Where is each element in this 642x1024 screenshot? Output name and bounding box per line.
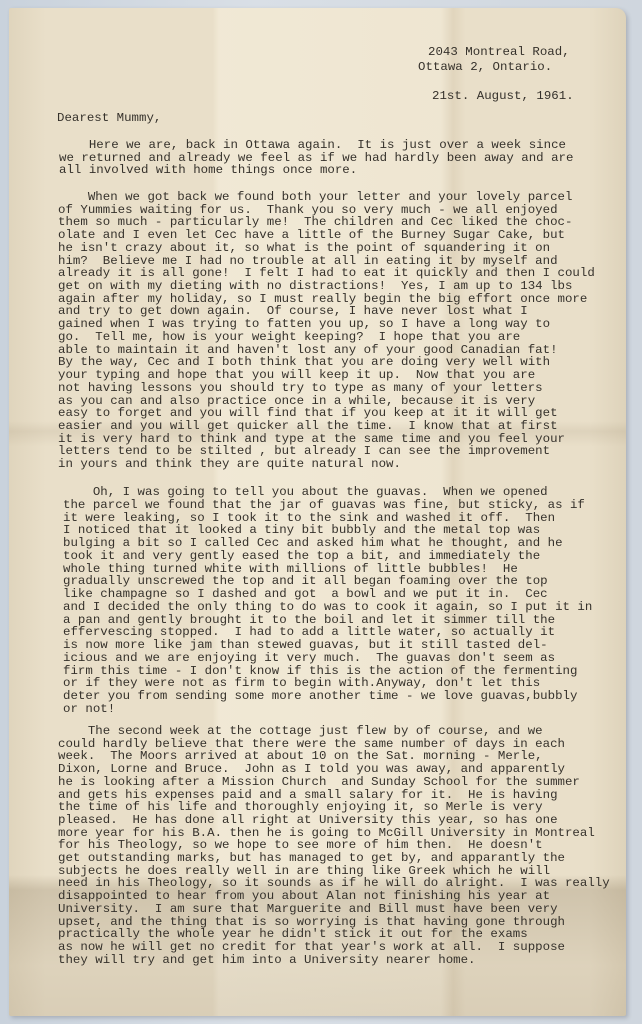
letter-line: firm this time - I don't know if this is… (63, 665, 577, 678)
letter-line: or if they were not as firm to begin wit… (63, 677, 540, 690)
letter-line: easy to forget and you will find that if… (58, 407, 558, 420)
letter-line: disappointed to hear from you about Alan… (58, 890, 550, 903)
letter-line: as now he will get no credit for that ye… (58, 941, 565, 954)
letter-line: practically the whole year he didn't sti… (58, 928, 528, 941)
letter-line: week. The Moors arrived at about 10 on t… (58, 750, 543, 763)
letter-line: When we got back we found both your lett… (58, 191, 572, 204)
letter-line: gained when I was trying to fatten you u… (58, 318, 550, 331)
letter-line: the time of his life and thoroughly enjo… (58, 801, 543, 814)
letter-line: is now more like jam than stewed guavas,… (63, 639, 548, 652)
letter-line: or not! (63, 703, 115, 716)
letter-line: Here we are, back in Ottawa again. It is… (59, 139, 566, 152)
address-line: 2043 Montreal Road, (428, 46, 570, 59)
letter-line: and I decided the only thing to do was t… (63, 601, 592, 614)
address-line: Ottawa 2, Ontario. (418, 61, 552, 74)
letter-line: go. Tell me, how is your weight keeping?… (58, 331, 520, 344)
letter-line: he is looking after a Mission Church and… (58, 776, 580, 789)
salutation: Dearest Mummy, (57, 112, 161, 125)
letter-line: they will try and get him into a Univers… (58, 954, 476, 967)
letter-line: bulging a bit so I called Cec and asked … (63, 537, 563, 550)
letter-line: get outstanding marks, but has managed t… (58, 852, 565, 865)
letter-line: olate and I even let Cec have a little o… (58, 229, 565, 242)
letter-line: as you can and also practice once in a w… (58, 395, 535, 408)
letter-line: again after my holiday, so I must really… (58, 293, 587, 306)
letter-line: easier and you will get quicker all the … (58, 420, 558, 433)
letter-line: Oh, I was going to tell you about the gu… (63, 486, 548, 499)
letter-line: and try to get down again. Of course, I … (58, 305, 528, 318)
letter-line: it is very hard to think and type at the… (58, 433, 565, 446)
letter-line: a pan and gently brought it to the boil … (63, 614, 555, 627)
letter-line: not having lessons you should try to typ… (58, 382, 543, 395)
letter-line: could hardly believe that there were the… (58, 738, 565, 751)
letter-line: the parcel we found that the jar of guav… (63, 499, 585, 512)
letter-line: in yours and think they are quite natura… (58, 458, 401, 471)
letter-line: University. I am sure that Marguerite an… (58, 903, 558, 916)
letter-line: deter you from sending some more another… (63, 690, 577, 703)
letter-line: for his Theology, so we hope to see more… (58, 839, 543, 852)
letter-line: like champagne so I dashed and got a bow… (63, 588, 548, 601)
letter-line: get on with my dieting with no distracti… (58, 280, 572, 293)
letter-line: effervescing stopped. I had to add a lit… (63, 626, 555, 639)
letter-line: By the way, Cec and I both think that yo… (58, 356, 550, 369)
letter-line: took it and very gently eased the top a … (63, 550, 540, 563)
letter-line: he isn't crazy about it, so what is the … (58, 242, 550, 255)
letter-line: already it is all gone! I felt I had to … (58, 267, 595, 280)
letter-line: gradually unscrewed the top and it all b… (63, 575, 548, 588)
letter-line: them so much - particularly me! The chil… (58, 216, 572, 229)
letter-line: icious and we are enjoying it very much.… (63, 652, 555, 665)
letter-line: your typing and hope that you will keep … (58, 369, 535, 382)
letter-line: Dixon, Lorne and Bruce. John as I told y… (58, 763, 565, 776)
letter-date: 21st. August, 1961. (432, 90, 574, 103)
letter-line: need in his Theology, so it sounds as if… (58, 877, 610, 890)
letter-line: letters tend to be stilted , but already… (58, 445, 550, 458)
letter-line: subjects he does really well in are thin… (58, 865, 550, 878)
letter-line: whole thing turned white with millions o… (63, 563, 518, 576)
letter-line: all involved with home things once more. (59, 164, 357, 177)
letter-line: more year for his B.A. then he is going … (58, 827, 595, 840)
letter-line: able to maintain it and haven't lost any… (58, 344, 558, 357)
letter-line: it were leaking, so I took it to the sin… (63, 512, 555, 525)
letter-line: him? Believe me I had no trouble at all … (58, 255, 558, 268)
letter-paper: 2043 Montreal Road,Ottawa 2, Ontario.21s… (9, 8, 626, 1016)
letter-line: I noticed that it looked a tiny bit bubb… (63, 524, 540, 537)
letter-line: pleased. He has done all right at Univer… (58, 814, 558, 827)
letter-line: of Yummies waiting for us. Thank you so … (58, 204, 558, 217)
letter-line: The second week at the cottage just flew… (58, 725, 543, 738)
